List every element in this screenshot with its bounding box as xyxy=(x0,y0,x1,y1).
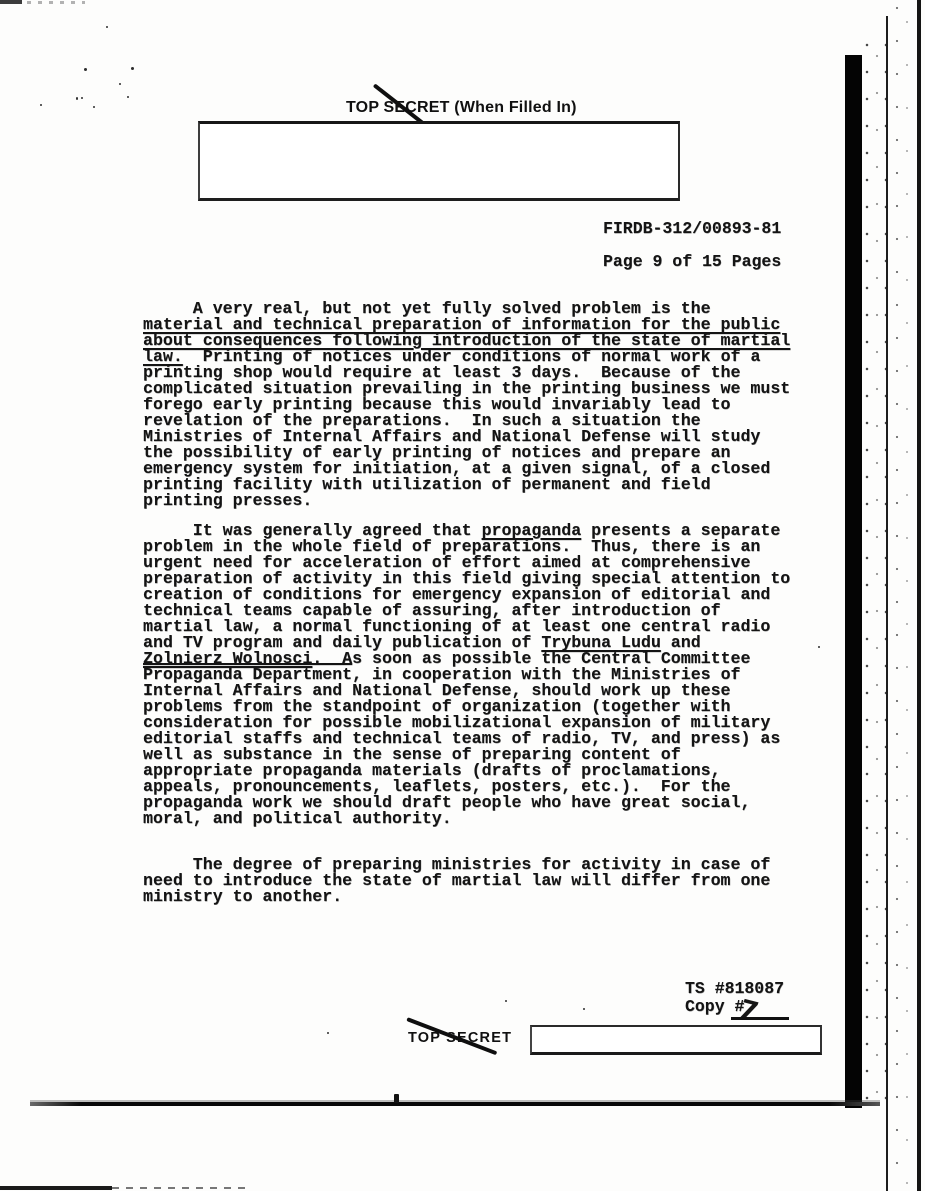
scan-speck xyxy=(119,83,121,85)
scan-speck xyxy=(583,1008,585,1010)
scan-corner-mark xyxy=(0,0,22,4)
scan-speck xyxy=(76,97,78,100)
copy-number-underline xyxy=(731,1017,789,1020)
scan-bottom-left-line xyxy=(0,1186,112,1190)
scan-tick-mark xyxy=(394,1094,399,1103)
document-number: FIRDB-312/00893-81 xyxy=(603,219,781,238)
scan-speck xyxy=(127,96,129,98)
routing-stamp-box-bottom xyxy=(530,1025,822,1055)
routing-stamp-box-top xyxy=(198,121,680,201)
header-classification-stamp: TOP SECRET (When Filled In) xyxy=(346,99,577,117)
paragraph: It was generally agreed that propaganda … xyxy=(143,523,790,827)
paragraph: The degree of preparing ministries for a… xyxy=(143,857,790,905)
scan-noise-strip xyxy=(891,0,916,1191)
scan-bottom-left-dashes xyxy=(112,1187,247,1189)
copy-number-label: Copy # xyxy=(685,997,744,1016)
scan-noise-strip xyxy=(863,40,886,1105)
header-classification-text: TOP SECRET (When Filled In) xyxy=(346,99,577,116)
scan-speck xyxy=(327,1032,329,1034)
scan-speck xyxy=(131,67,134,70)
paragraph: A very real, but not yet fully solved pr… xyxy=(143,301,790,509)
scan-speck xyxy=(40,104,42,106)
document-body: A very real, but not yet fully solved pr… xyxy=(143,301,790,905)
scan-fold-line xyxy=(886,16,888,1191)
scan-speck xyxy=(106,26,108,28)
scan-speck xyxy=(93,106,95,108)
text-line: moral, and political authority. xyxy=(143,811,790,827)
scan-edge-bar xyxy=(845,55,862,1108)
scan-bottom-rule xyxy=(30,1102,880,1106)
scan-speck xyxy=(84,68,87,71)
document-page: TOP SECRET (When Filled In) FIRDB-312/00… xyxy=(0,0,925,1191)
text-line: printing presses. xyxy=(143,493,790,509)
scan-speck xyxy=(505,1000,507,1002)
text-line: ministry to another. xyxy=(143,889,790,905)
page-count-label: Page 9 of 15 Pages xyxy=(603,252,781,271)
scan-right-edge-line xyxy=(917,0,921,1191)
ts-number: TS #818087 xyxy=(685,979,784,998)
scan-speck xyxy=(818,646,820,648)
scan-corner-dots xyxy=(27,1,85,4)
scan-speck xyxy=(81,97,83,99)
